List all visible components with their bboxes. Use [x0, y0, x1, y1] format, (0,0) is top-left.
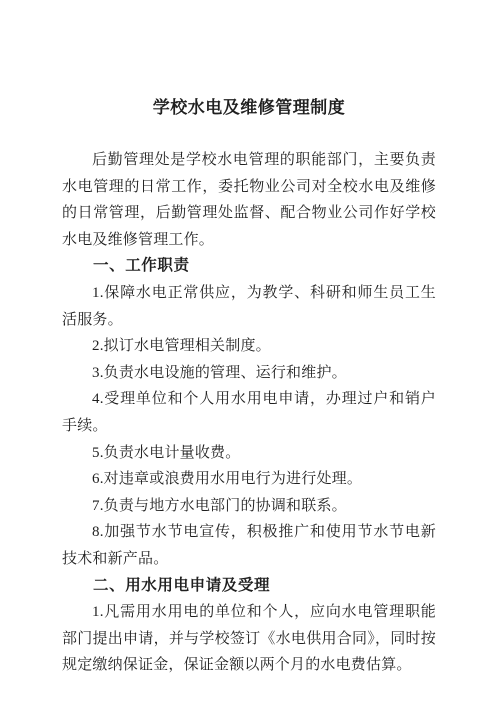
- section-1-item-4: 4.受理单位和个人用水用电申请，办理过户和销户手续。: [62, 386, 436, 439]
- section-1-item-8: 8.加强节水节电宣传，积极推广和使用节水节电新技术和新产品。: [62, 519, 436, 572]
- document-title: 学校水电及维修管理制度: [62, 94, 436, 121]
- section-2-item-1: 1.凡需用水用电的单位和个人，应向水电管理职能部门提出申请，并与学校签订《水电供…: [62, 599, 436, 679]
- document-page: 学校水电及维修管理制度 后勤管理处是学校水电管理的职能部门，主要负责水电管理的日…: [0, 0, 500, 707]
- intro-paragraph: 后勤管理处是学校水电管理的职能部门，主要负责水电管理的日常工作，委托物业公司对全…: [62, 147, 436, 253]
- section-1-item-3: 3.负责水电设施的管理、运行和维护。: [62, 360, 436, 387]
- section-1-item-1: 1.保障水电正常供应，为教学、科研和师生员工生活服务。: [62, 280, 436, 333]
- section-1-item-2: 2.拟订水电管理相关制度。: [62, 333, 436, 360]
- section-1-heading: 一、工作职责: [62, 253, 436, 280]
- section-1-item-5: 5.负责水电计量收费。: [62, 440, 436, 467]
- section-2-heading: 二、用水用电申请及受理: [62, 573, 436, 600]
- section-1-item-7: 7.负责与地方水电部门的协调和联系。: [62, 493, 436, 520]
- section-1-item-6: 6.对违章或浪费用水用电行为进行处理。: [62, 466, 436, 493]
